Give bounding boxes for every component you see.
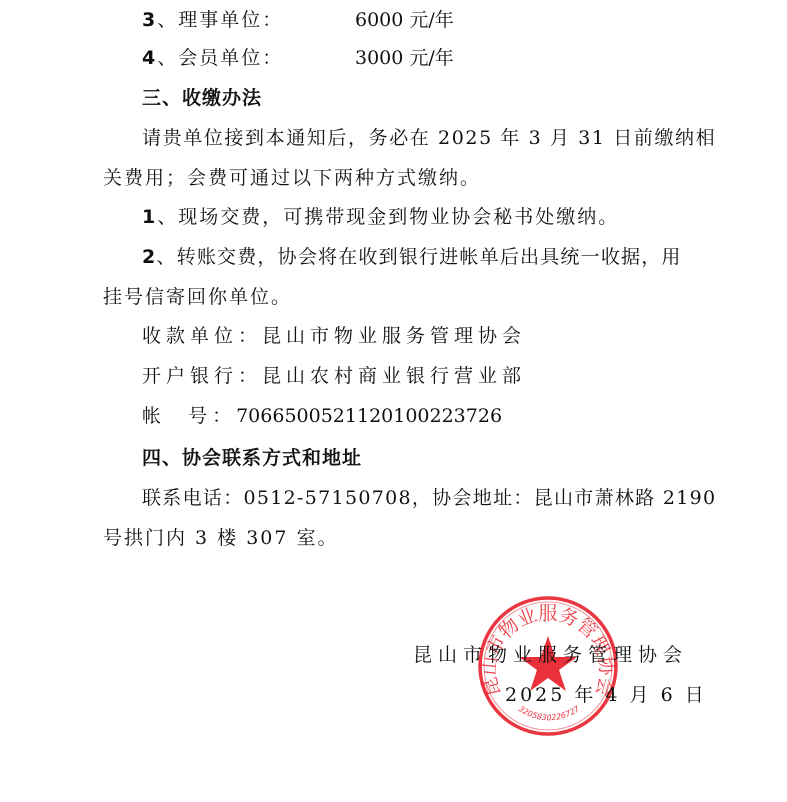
method-index: 1: [142, 206, 157, 228]
fee-item-member: 4、会员单位：: [142, 46, 283, 70]
contact-line1: 联系电话：0512-57150708，协会地址：昆山市萧林路 2190: [142, 486, 716, 510]
fee-amount-member: 3000 元/年: [355, 46, 454, 70]
section-heading-collection: 三、收缴办法: [142, 86, 262, 110]
payment-method-2-line1: 2、转账交费，协会将在收到银行进帐单后出具统一收据，用: [142, 245, 682, 269]
signature-date: 2025 年 4 月 6 日: [505, 683, 707, 707]
section-heading-contact: 四、协会联系方式和地址: [142, 446, 362, 470]
payment-method-1: 1、现场交费，可携带现金到物业协会秘书处缴纳。: [142, 205, 619, 229]
payee-line: 收款单位：昆山市物业服务管理协会: [142, 324, 526, 348]
method-index: 2: [142, 246, 156, 268]
method-text: 、现场交费，可携带现金到物业协会秘书处缴纳。: [157, 206, 619, 228]
account-label: 帐 号：: [142, 405, 236, 427]
fee-index: 3: [142, 9, 157, 31]
collection-paragraph-line2: 关费用；会费可通过以下两种方式缴纳。: [103, 166, 481, 190]
contact-line2: 号拱门内 3 楼 307 室。: [103, 526, 339, 550]
fee-amount-council: 6000 元/年: [355, 8, 454, 32]
signature-organization: 昆山市物业服务管理协会: [413, 643, 688, 667]
account-number: 7066500521120100223726: [236, 405, 502, 427]
fee-index: 4: [142, 47, 157, 69]
bank-line: 开户银行：昆山农村商业银行营业部: [142, 364, 526, 388]
fee-item-council: 3、理事单位：: [142, 8, 283, 32]
method-text: 、转账交费，协会将在收到银行进帐单后出具统一收据，用: [156, 246, 681, 268]
fee-label: 、会员单位：: [157, 47, 283, 69]
account-line: 帐 号：7066500521120100223726: [142, 404, 502, 428]
payment-method-2-line2: 挂号信寄回你单位。: [103, 285, 292, 309]
collection-paragraph-line1: 请贵单位接到本通知后，务必在 2025 年 3 月 31 日前缴纳相: [142, 126, 716, 150]
fee-label: 、理事单位：: [157, 9, 283, 31]
